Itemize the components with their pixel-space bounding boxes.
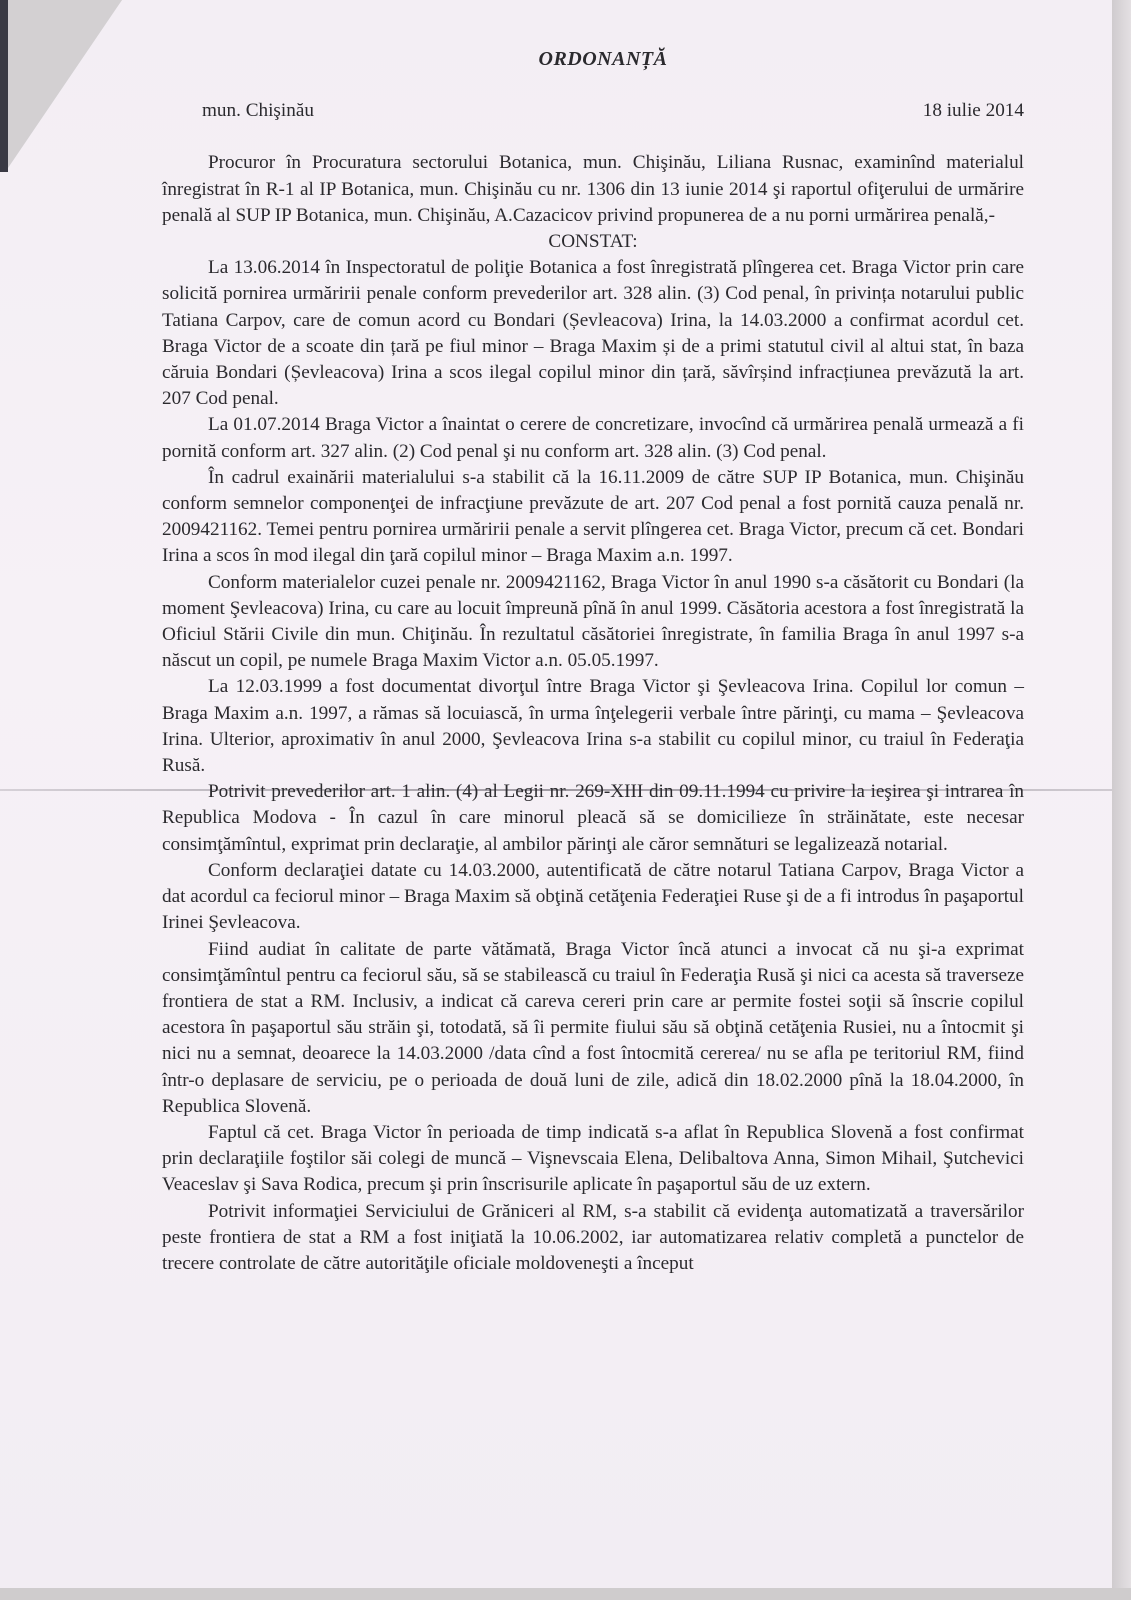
- document-location: mun. Chişinău: [202, 98, 314, 124]
- document-title: ORDONANȚĂ: [162, 46, 1024, 72]
- document-header-line: mun. Chişinău 18 iulie 2014: [162, 98, 1024, 124]
- paragraph: Faptul că cet. Braga Victor în perioada …: [162, 1120, 1024, 1199]
- document-body: ORDONANȚĂ mun. Chişinău 18 iulie 2014 Pr…: [162, 46, 1024, 1277]
- document-date: 18 iulie 2014: [923, 98, 1024, 124]
- paragraph: La 13.06.2014 în Inspectoratul de poliţi…: [162, 255, 1024, 412]
- paragraph: Potrivit informaţiei Serviciului de Grăn…: [162, 1199, 1024, 1278]
- paragraph: La 12.03.1999 a fost documentat divorţul…: [162, 674, 1024, 779]
- paragraph: Conform declaraţiei datate cu 14.03.2000…: [162, 858, 1024, 937]
- paragraph: Potrivit prevederilor art. 1 alin. (4) a…: [162, 779, 1024, 858]
- intro-paragraph: Procuror în Procuratura sectorului Botan…: [162, 150, 1024, 229]
- page-edge-bottom: [0, 1588, 1131, 1600]
- page-edge-right: [1112, 0, 1131, 1588]
- section-heading: CONSTAT:: [162, 229, 1024, 255]
- paragraph: În cadrul exainării materialului s-a sta…: [162, 465, 1024, 570]
- scanner-edge-shadow: [0, 0, 8, 172]
- paragraph: Conform materialelor cuzei penale nr. 20…: [162, 570, 1024, 675]
- paragraph: Fiind audiat în calitate de parte vătăma…: [162, 937, 1024, 1120]
- paragraph: La 01.07.2014 Braga Victor a înaintat o …: [162, 412, 1024, 464]
